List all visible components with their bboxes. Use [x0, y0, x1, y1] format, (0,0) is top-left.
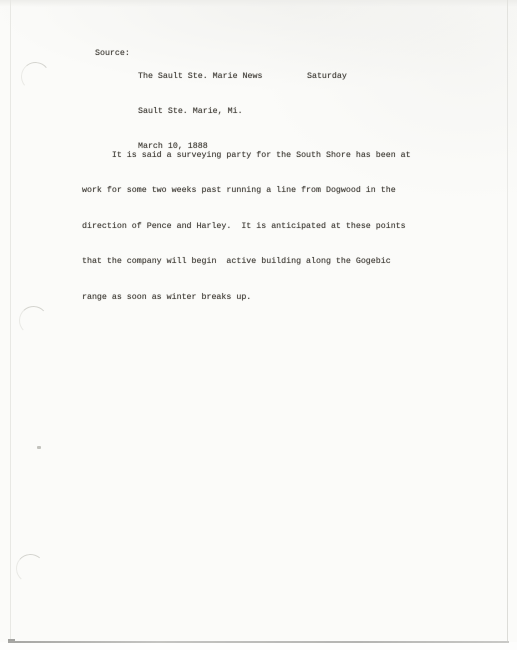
page-left-edge-line — [10, 0, 11, 642]
article-line: It is said a surveying party for the Sou… — [82, 150, 411, 162]
article-line: that the company will begin active build… — [82, 256, 411, 268]
source-label: Source: — [95, 48, 130, 60]
paper-sheet: Source: The Sault Ste. Marie News Sault … — [0, 0, 517, 642]
article-line: direction of Pence and Harley. It is ant… — [82, 221, 411, 233]
article-line: work for some two weeks past running a l… — [82, 185, 411, 197]
article-paragraph: It is said a surveying party for the Sou… — [82, 126, 411, 327]
page-right-edge-line — [507, 0, 508, 642]
article-line: range as soon as winter breaks up. — [82, 292, 411, 304]
punch-hole-middle — [19, 306, 49, 336]
punch-hole-bottom — [15, 553, 46, 584]
punch-hole-top — [20, 61, 52, 93]
source-publication-line: The Sault Ste. Marie News — [138, 71, 262, 83]
scanned-page: Source: The Sault Ste. Marie News Sault … — [0, 0, 517, 650]
source-location-line: Sault Ste. Marie, Mi. — [138, 106, 262, 118]
weekday-label: Saturday — [307, 71, 347, 83]
page-bottom-edge-shadow — [8, 641, 509, 643]
scan-top-shading — [0, 0, 517, 7]
scan-speck — [37, 446, 41, 449]
